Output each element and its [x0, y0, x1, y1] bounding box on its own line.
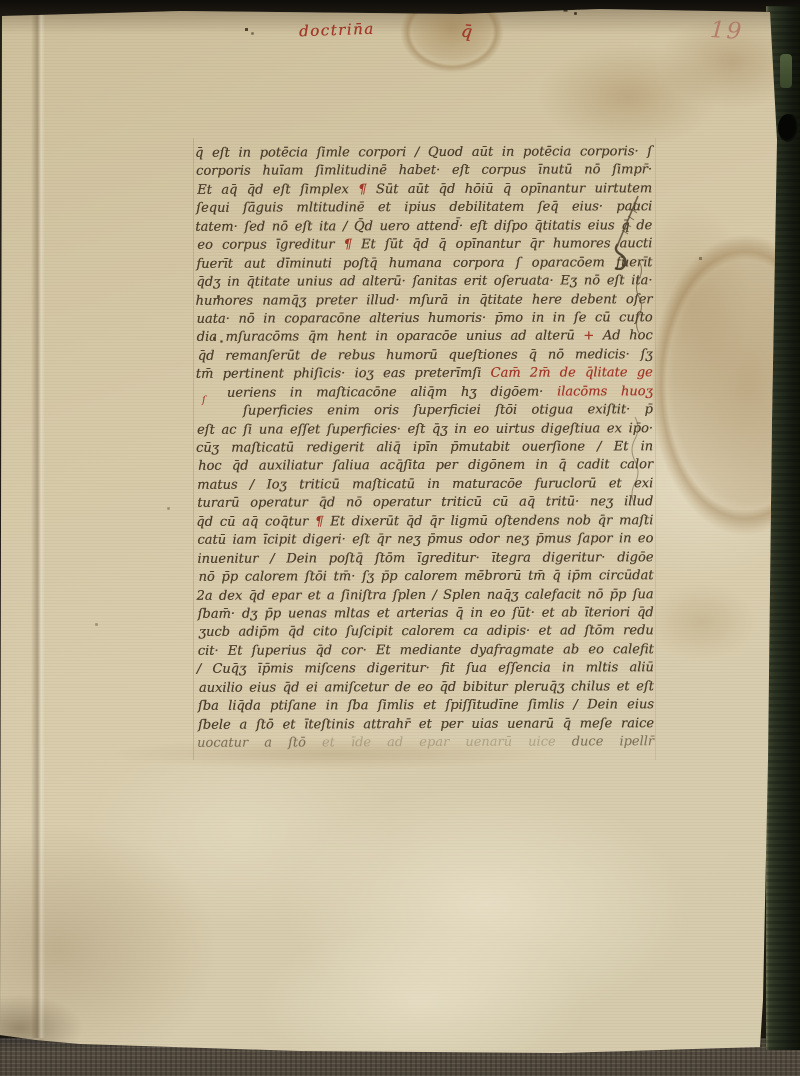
text-line: eo corpus īgreditur ¶ Et ſūt q̄d q̄ opīn… [197, 235, 652, 255]
text-line: matus / Ioʒ triticū maſticatū in maturac… [197, 475, 653, 495]
text-line: q̄d remanſerūt de rebus humorū queſtione… [198, 346, 653, 366]
text-line: hoc q̄d auxiliatur ſaliua acq̄ſita per d… [198, 457, 653, 477]
text-line: eſt ac ſi una eſſet ſuperficies· eſt q̄ʒ… [197, 420, 653, 440]
ink-specks [0, 0, 1, 1]
text-line: ueriens in maſticacōne aliq̄m hʒ digōem·… [227, 383, 653, 403]
text-line: dia mſuracōms q̄m hent in oparacōe unius… [197, 328, 653, 348]
text-line: q̄d cū aq̄ coq̄tur ¶ Et dixerūt q̄d q̄r … [196, 512, 653, 532]
text-block: q̄ eſt in potēcia ſimle corpori / Quod a… [196, 143, 654, 753]
text-line: ſbele a ſtō et īteſtinis attrahr̄ et per… [198, 715, 654, 735]
margin-squiggle-icon [628, 416, 642, 508]
text-line: 2a dex q̄d epar et a ſiniſtra ſplen / Sp… [196, 586, 653, 606]
text-line: humores namq̄ʒ preter illud· mſurā in q̄… [195, 291, 652, 311]
margin-red-tick: ſ [202, 396, 206, 406]
ruling-line-left [193, 138, 194, 760]
text-line: ſba liq̄da ptiſane in ſba ſimlis et ſpiſ… [198, 696, 654, 716]
text-line: fuerīt aut dīminuti poſtq̄ humana corpor… [196, 254, 652, 274]
text-line: auxilio eius q̄d ei amiſcetur de eo q̄d … [199, 678, 654, 698]
text-line: ſuperficies enim oris ſuperficiei ſtōi o… [243, 401, 653, 421]
text-line: tatem· ſed nō eſt ita / Q̄d uero attend̄… [195, 217, 652, 237]
text-line: / Cuq̄ʒ īp̄mis miſcens digeritur· fit ſu… [197, 659, 654, 679]
text-line: inuenitur / Dein poſtq̄ ſtōm īgreditur· … [197, 549, 653, 569]
text-line: cūʒ maſticatū redigerit aliq̄ ipīn p̄mut… [196, 438, 653, 458]
quire-mark: q̄ [460, 23, 473, 41]
text-line: turarū operatur q̄d nō operatur triticū … [197, 494, 653, 514]
text-line: uata· nō in coparacōne alterius humoris·… [197, 309, 653, 329]
text-line: q̄dʒ in q̄titate unius ad alterū· ſanita… [196, 272, 652, 292]
text-line: corporis huīam ſimlitudinē habet· eſt co… [196, 162, 652, 182]
manuscript-photo: doctrin̄a q̄ 19 q̄ eſt in potēcia ſimle … [0, 0, 800, 1076]
text-line: uocatur a ſtō et īde ad epar uenarū uice… [197, 733, 654, 753]
ruling-line-right [655, 138, 656, 760]
margin-squiggle-icon [633, 260, 645, 336]
manuscript-page: doctrin̄a q̄ 19 q̄ eſt in potēcia ſimle … [0, 0, 780, 1060]
text-line: Et aq̄ q̄d eſt ſimplex ¶ Sūt aūt q̄d hōi… [197, 180, 652, 200]
text-line: cit· Et ſuperius q̄d cor· Et mediante dy… [198, 641, 654, 661]
text-line: catū iam īcipit digeri· eſt q̄r neʒ p̄mu… [197, 530, 653, 550]
folio-number: 19 [709, 19, 744, 44]
running-title: doctrin̄a [299, 22, 375, 40]
text-line: tm̄ pertinent phiſicis· ioʒ eas preterīm… [196, 364, 653, 384]
text-line: q̄ eſt in potēcia ſimle corpori / Quod a… [195, 143, 652, 163]
text-line: ʒucb adip̄m q̄d cito ſuſcipit calorem ca… [199, 623, 654, 643]
text-line: nō p̄p calorem ſtōi tm̄· ſʒ p̄p calorem … [198, 567, 653, 587]
pen-flourish-icon [606, 192, 644, 270]
page-fold-crease [31, 8, 45, 1038]
binding-chip [780, 54, 792, 88]
text-line: ſequi ſāguis mltitudinē et ipius debilit… [196, 199, 652, 219]
text-line: ſbam̄· dʒ p̄p uenas mltas et arterias q̄… [198, 604, 654, 624]
binding-hole [778, 114, 798, 142]
